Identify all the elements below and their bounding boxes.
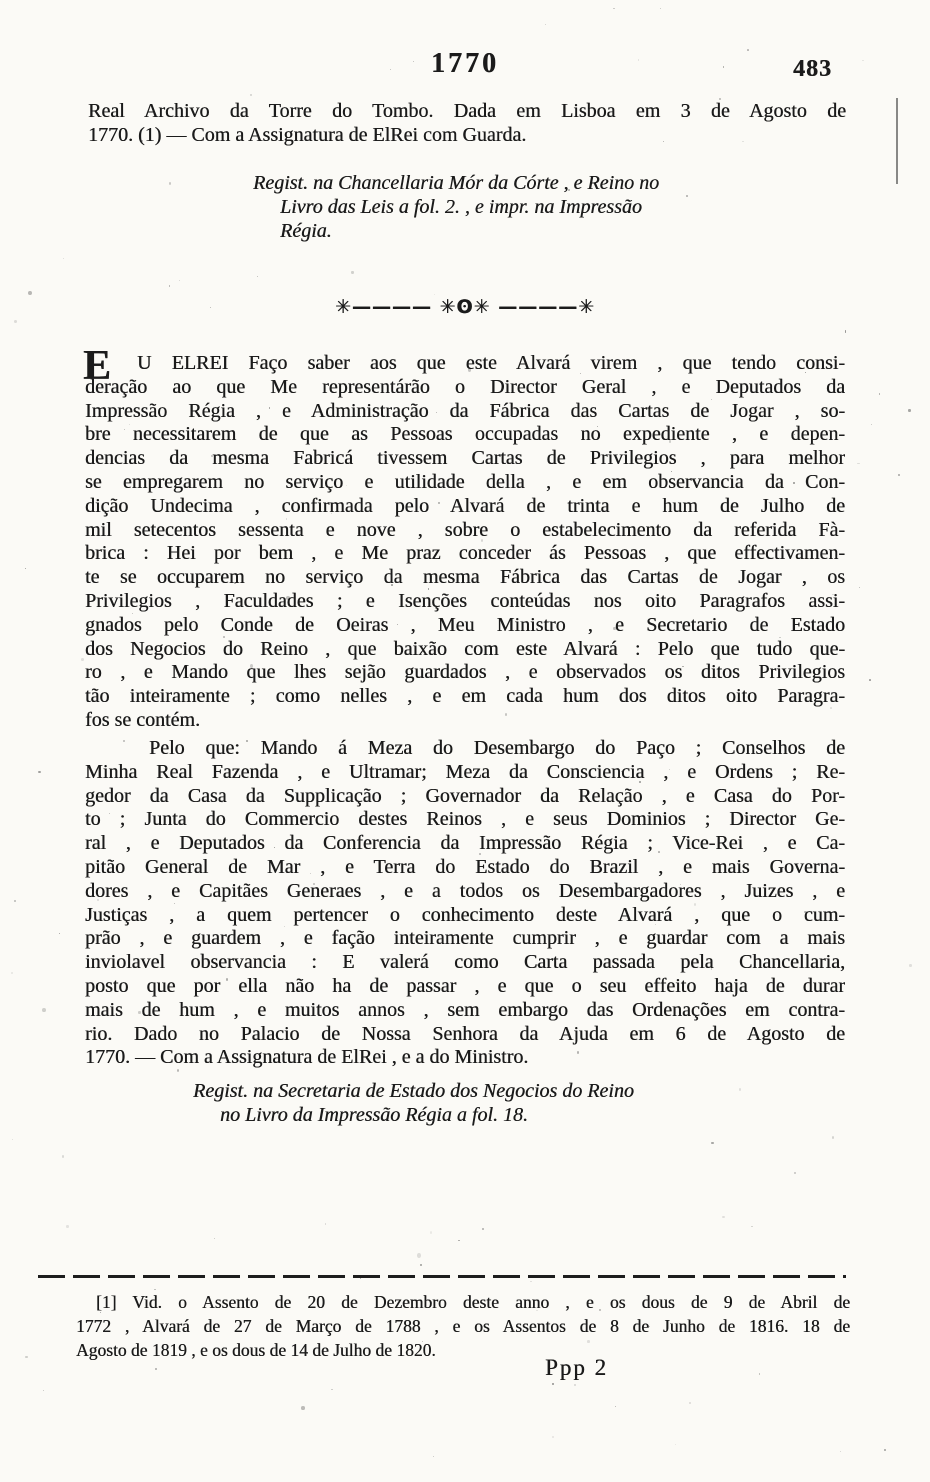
scan-speck xyxy=(711,968,712,970)
text-line: inviolavel observancia : E valerá como C… xyxy=(85,951,845,975)
scan-speck xyxy=(331,1389,333,1390)
scan-speck xyxy=(639,781,640,783)
scan-speck xyxy=(621,771,622,772)
scan-speck xyxy=(14,320,17,324)
scan-speck xyxy=(909,964,911,966)
scan-speck xyxy=(316,206,318,208)
text-line: dos Negocios do Reino , que baixão com e… xyxy=(85,638,845,662)
scan-speck xyxy=(155,1368,157,1370)
text-line: Justiças , a quem pertencer o conhecimen… xyxy=(85,904,845,928)
printer-signature-mark: Ppp 2 xyxy=(545,1355,608,1381)
scan-speck xyxy=(428,588,429,589)
text-line: ro , e Mando que lhes sejão guardados , … xyxy=(85,661,845,685)
scan-speck xyxy=(436,412,437,413)
scan-speck xyxy=(38,771,40,773)
text-line: gedor da Casa da Supplicação ; Governado… xyxy=(85,785,845,809)
paragraph-lines: deração ao que Me representárão o Direct… xyxy=(85,376,845,733)
scan-speck xyxy=(552,1383,554,1384)
text-line: pitão General de Mar , e Terra do Estado… xyxy=(85,856,845,880)
scan-speck xyxy=(433,1456,434,1457)
scan-speck xyxy=(246,740,248,741)
scan-speck xyxy=(869,679,871,681)
registration-note-secretaria: Regist. na Secretaria de Estado dos Nego… xyxy=(193,1080,753,1128)
scan-speck xyxy=(434,294,435,295)
scan-speck xyxy=(805,372,806,373)
scan-speck xyxy=(638,59,639,61)
scan-speck xyxy=(25,568,27,570)
scan-speck xyxy=(12,1139,14,1140)
scan-speck xyxy=(669,440,671,442)
scan-speck xyxy=(62,1155,64,1157)
scan-speck xyxy=(658,851,660,853)
scan-speck xyxy=(832,594,834,595)
scan-speck xyxy=(360,1278,361,1279)
scan-speck xyxy=(25,1356,27,1359)
text-line: ral , e Deputados da Conferencia da Impr… xyxy=(85,832,845,856)
scan-speck xyxy=(66,1225,68,1228)
scan-speck xyxy=(169,285,171,287)
text-line: mais de hum , e muitos annos , sem embar… xyxy=(85,999,845,1023)
scan-speck xyxy=(257,276,258,277)
mandate-paragraph: Pelo que: Mando á Meza do Desembargo do … xyxy=(85,737,845,1070)
text-line: no Livro da Impressão Régia a fol. 18. xyxy=(220,1104,753,1128)
scan-speck xyxy=(177,1069,179,1072)
scan-speck xyxy=(552,1436,554,1438)
text-line: 1770. (1) — Com a Assignatura de ElRei c… xyxy=(88,124,846,148)
text-line: brica : Hei por bem , e Me praz conceder… xyxy=(85,542,845,566)
scan-speck xyxy=(284,926,285,927)
scan-speck xyxy=(458,1240,460,1241)
scan-speck xyxy=(14,900,16,902)
text-line: [1] Vid. o Assento de 20 de Dezembro des… xyxy=(76,1290,850,1314)
scan-speck xyxy=(884,1449,886,1451)
scan-speck xyxy=(655,924,656,925)
scan-speck xyxy=(898,474,900,476)
scan-speck xyxy=(530,1281,532,1282)
scan-speck xyxy=(81,658,83,661)
text-line: rio. Dado no Palacio de Nossa Senhora da… xyxy=(85,1023,845,1047)
scan-speck xyxy=(613,8,615,9)
scan-speck xyxy=(830,707,832,709)
text-line: Real Archivo da Torre do Tombo. Dada em … xyxy=(88,100,846,124)
scan-speck xyxy=(138,1011,140,1014)
scan-speck xyxy=(751,1226,752,1227)
text-line: bre necessitarem de que as Pessoas occup… xyxy=(85,423,845,447)
scan-speck xyxy=(590,669,592,671)
scan-speck xyxy=(42,1008,46,1012)
footnote: [1] Vid. o Assento de 20 de Dezembro des… xyxy=(76,1290,850,1362)
scanned-book-page: 1770 483 Real Archivo da Torre do Tombo.… xyxy=(0,0,930,1482)
scan-speck xyxy=(722,1216,724,1218)
text-line: Minha Real Fazenda , e Ultramar; Meza da… xyxy=(85,761,845,785)
text-line: to ; Junta do Commercio destes Reinos , … xyxy=(85,808,845,832)
scan-speck xyxy=(214,1238,215,1240)
scan-speck xyxy=(43,1390,44,1391)
scan-speck xyxy=(689,1402,691,1404)
scan-speck xyxy=(391,584,393,586)
scan-speck xyxy=(908,409,910,412)
scan-speck xyxy=(794,1172,796,1174)
text-line: 1770. — Com a Assignatura de ElRei , e a… xyxy=(85,1046,845,1070)
scan-speck xyxy=(739,1088,741,1091)
text-line: 1772 , Alvará de 27 de Março de 1788 , e… xyxy=(76,1314,850,1338)
scan-speck xyxy=(481,539,483,542)
text-line: U ELREI Faço saber aos que este Alvará v… xyxy=(85,352,845,376)
scan-speck xyxy=(310,873,311,874)
scan-speck xyxy=(430,1231,432,1234)
divider-ornament: ✳———— ✳ʘ✳ ————✳ xyxy=(0,296,930,318)
page-number: 483 xyxy=(793,56,832,83)
scan-speck xyxy=(390,69,392,70)
text-line: Regist. na Chancellaria Mór da Córte , e… xyxy=(253,172,773,196)
text-line: Régia. xyxy=(280,220,773,244)
scan-speck xyxy=(580,373,581,374)
scan-speck xyxy=(28,291,32,295)
scan-speck xyxy=(397,624,398,625)
text-line: Impressão Régia , e Administração da Fáb… xyxy=(85,400,845,424)
scan-speck xyxy=(250,664,253,668)
text-line: Livro das Leis a fol. 2. , e impr. na Im… xyxy=(280,196,773,220)
scan-speck xyxy=(97,899,99,900)
scan-speck xyxy=(671,471,672,472)
scan-speck xyxy=(682,666,684,667)
scan-speck xyxy=(169,182,171,185)
scan-speck xyxy=(840,1451,841,1452)
scan-speck xyxy=(587,1340,590,1343)
scan-speck xyxy=(482,1228,483,1230)
scan-speck xyxy=(686,195,687,197)
scan-speck xyxy=(857,463,859,465)
text-line: Pelo que: Mando á Meza do Desembargo do … xyxy=(85,737,845,761)
scan-speck xyxy=(574,1384,576,1386)
scan-speck xyxy=(301,1406,305,1410)
scan-speck xyxy=(719,98,721,100)
scan-speck xyxy=(845,330,847,332)
scan-speck xyxy=(599,1309,601,1310)
scan-speck xyxy=(859,587,860,588)
scan-speck xyxy=(536,964,538,966)
text-line: se empregarem no serviço e utilidade del… xyxy=(85,471,845,495)
scan-speck xyxy=(223,636,225,637)
text-line: te se occuparem no serviço da mesma Fábr… xyxy=(85,566,845,590)
scan-speck xyxy=(420,1264,421,1265)
text-line: fos se contém. xyxy=(85,709,845,733)
scan-speck xyxy=(669,769,670,770)
scan-speck xyxy=(597,426,598,427)
scan-speck xyxy=(711,1142,713,1144)
text-line: dores , e Capitães Generaes , e a todos … xyxy=(85,880,845,904)
text-line: deração ao que Me representárão o Direct… xyxy=(85,376,845,400)
scan-speck xyxy=(615,1406,616,1408)
text-line: posto que por ella não ha de passar , e … xyxy=(85,975,845,999)
text-line: Privilegios , Faculdades ; e Isenções co… xyxy=(85,590,845,614)
text-line: dencias da mesma Fabricá tivessem Cartas… xyxy=(85,447,845,471)
scan-speck xyxy=(879,393,880,395)
scan-speck xyxy=(351,271,353,273)
text-line: mil setecentos sessenta e nove , sobre o… xyxy=(85,519,845,543)
scan-speck xyxy=(545,24,546,25)
text-line: Regist. na Secretaria de Estado dos Nego… xyxy=(193,1080,753,1104)
scan-speck xyxy=(438,502,440,504)
scan-speck xyxy=(597,437,599,439)
text-line: tão inteiramente ; como nelles , e em ca… xyxy=(85,685,845,709)
footnote-divider-rule xyxy=(38,1275,846,1278)
scan-speck xyxy=(211,455,213,458)
running-head-year: 1770 xyxy=(0,48,930,80)
scan-speck xyxy=(179,280,180,281)
scan-speck xyxy=(331,513,332,514)
scan-speck xyxy=(660,8,661,9)
scan-speck xyxy=(417,1253,421,1258)
scan-speck xyxy=(468,368,471,372)
scan-speck xyxy=(832,1136,834,1139)
dropcap-initial: E xyxy=(83,345,111,387)
scan-speck xyxy=(59,933,60,934)
scan-speck xyxy=(675,1444,676,1445)
scan-speck xyxy=(11,972,13,975)
registration-note-chancellaria: Regist. na Chancellaria Mór da Córte , e… xyxy=(253,172,773,243)
scan-speck xyxy=(742,141,744,143)
scan-speck xyxy=(274,847,275,848)
text-line: prão , e guardem , e fação inteiramente … xyxy=(85,927,845,951)
text-line: gnados pelo Conde de Oeiras , Meu Minist… xyxy=(85,614,845,638)
scan-speck xyxy=(250,94,252,96)
scan-speck xyxy=(759,1373,761,1375)
scan-speck xyxy=(150,138,151,140)
scan-speck xyxy=(325,1223,327,1224)
alvara-body-paragraph: E U ELREI Faço saber aos que este Alvará… xyxy=(85,352,845,733)
intro-paragraph: Real Archivo da Torre do Tombo. Dada em … xyxy=(88,100,846,148)
scan-speck xyxy=(234,582,236,584)
scan-speck xyxy=(536,1310,538,1311)
scan-speck xyxy=(505,713,507,716)
scan-speck xyxy=(699,1327,700,1328)
scan-edge-artifact xyxy=(896,98,898,184)
scan-speck xyxy=(63,258,64,259)
scan-speck xyxy=(680,884,681,885)
scan-speck xyxy=(226,978,228,980)
text-line: dição Undecima , confirmada pelo Alvará … xyxy=(85,495,845,519)
scan-speck xyxy=(871,424,872,425)
text-line: Agosto de 1819 , e os dous de 14 de Julh… xyxy=(76,1338,850,1362)
